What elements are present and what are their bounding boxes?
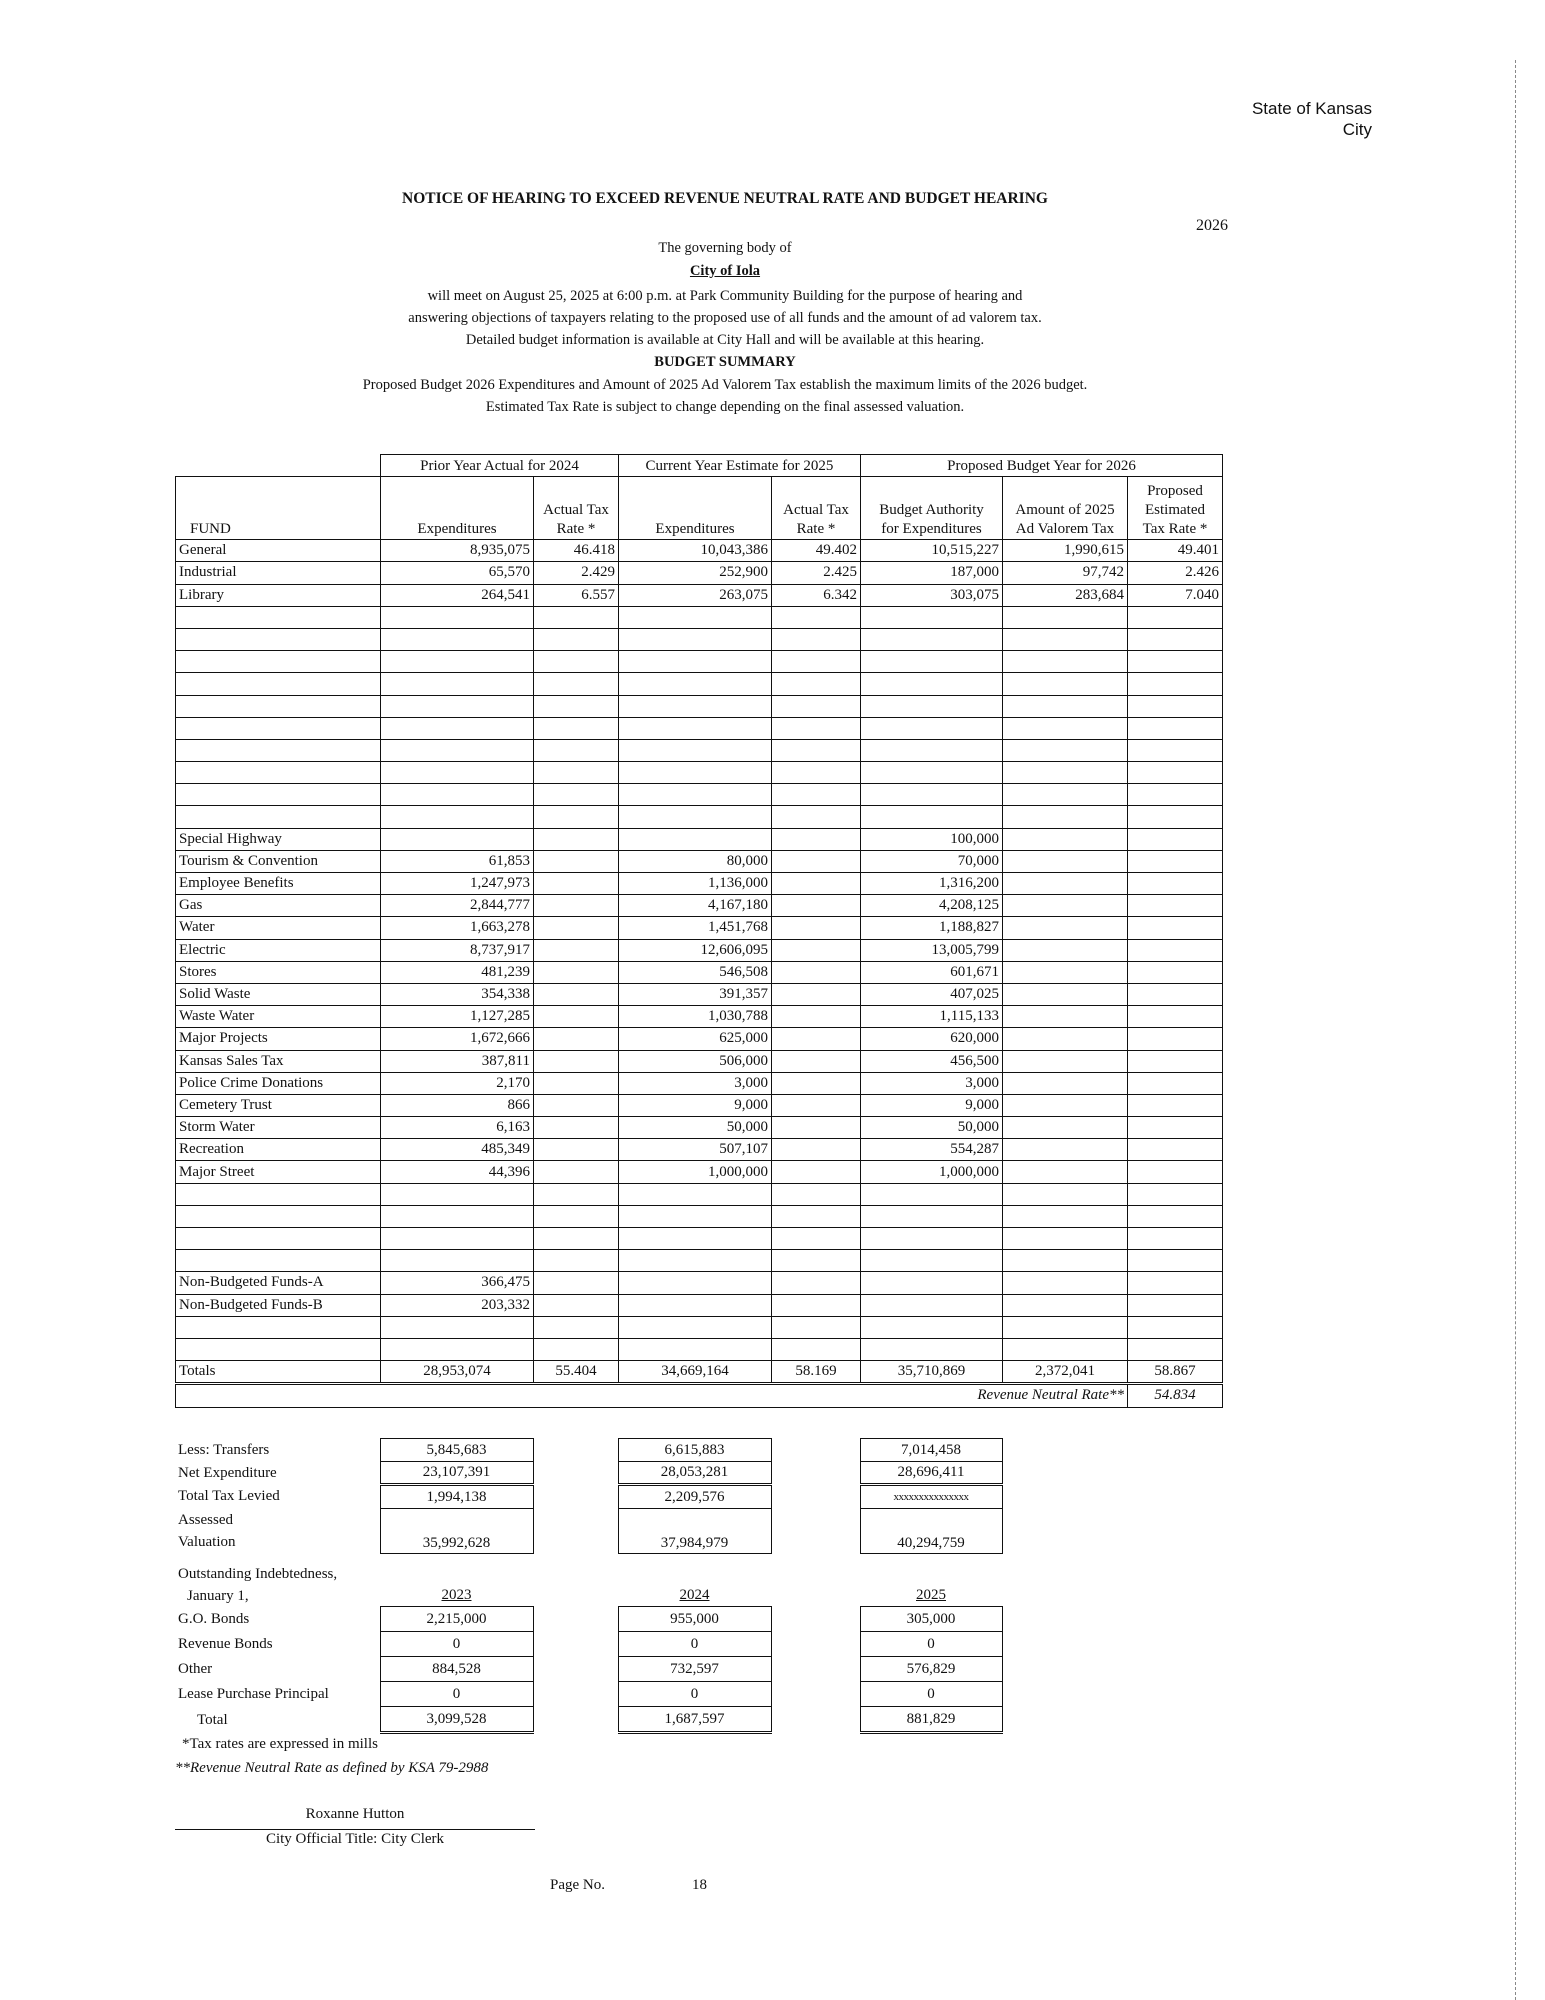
cell-prior-exp (381, 673, 534, 695)
cell-current-exp (619, 828, 772, 850)
cell-fund (176, 806, 381, 828)
cell-prior-exp (381, 717, 534, 739)
total-prior-rate: 55.404 (534, 1361, 619, 1384)
cell-budget-auth: 554,287 (861, 1139, 1003, 1161)
cell-prior-rate (534, 850, 619, 872)
cell-current-exp (619, 1228, 772, 1250)
cell-prior-rate (534, 1028, 619, 1050)
cell-prior-exp (381, 1338, 534, 1360)
cell-current-rate (772, 1094, 861, 1116)
cell-prop-rate: 2.426 (1128, 562, 1223, 584)
cell-budget-auth: 3,000 (861, 1072, 1003, 1094)
cell-current-rate (772, 1028, 861, 1050)
footnote-tax-rates: *Tax rates are expressed in mills (182, 1736, 378, 1753)
cell-current-rate (772, 784, 861, 806)
cell-prop-rate (1128, 739, 1223, 761)
cell-prop-rate (1128, 895, 1223, 917)
table-row (176, 1250, 1223, 1272)
cell-prior-exp: 481,239 (381, 961, 534, 983)
indebtedness-value: 884,528 (380, 1657, 533, 1682)
indebtedness-value: 0 (380, 1682, 533, 1707)
group-header-current: Current Year Estimate for 2025 (619, 455, 861, 477)
table-row (176, 1338, 1223, 1360)
cell-budget-auth: 1,316,200 (861, 873, 1003, 895)
cell-fund (176, 784, 381, 806)
cell-fund (176, 1228, 381, 1250)
cell-prior-exp (381, 784, 534, 806)
cell-current-rate (772, 1205, 861, 1227)
cell-budget-auth: 4,208,125 (861, 895, 1003, 917)
cell-budget-auth (861, 806, 1003, 828)
cell-ad-valorem (1003, 873, 1128, 895)
table-row (176, 762, 1223, 784)
table-row (176, 628, 1223, 650)
cell-prior-rate (534, 673, 619, 695)
cell-fund: Waste Water (176, 1006, 381, 1028)
cell-ad-valorem (1003, 895, 1128, 917)
cell-current-exp: 1,000,000 (619, 1161, 772, 1183)
cell-prior-exp (381, 1183, 534, 1205)
cell-fund (176, 673, 381, 695)
indebtedness-value: 0 (618, 1632, 771, 1657)
cell-current-rate (772, 917, 861, 939)
cell-fund (176, 695, 381, 717)
footnote-revenue-neutral: **Revenue Neutral Rate as defined by KSA… (175, 1760, 488, 1777)
table-row (176, 1228, 1223, 1250)
cell-prior-rate: 2.429 (534, 562, 619, 584)
cell-prop-rate (1128, 1250, 1223, 1272)
cell-budget-auth (861, 673, 1003, 695)
cell-prop-rate (1128, 651, 1223, 673)
indebtedness-row-label: Total (175, 1707, 380, 1733)
cell-current-exp (619, 695, 772, 717)
cell-ad-valorem (1003, 1028, 1128, 1050)
indebtedness-row: G.O. Bonds2,215,000955,000305,000 (175, 1607, 1002, 1632)
cell-prior-exp (381, 1205, 534, 1227)
cell-current-rate (772, 983, 861, 1005)
meeting-line-3: Detailed budget information is available… (175, 332, 1275, 349)
entity-type-label: City (1252, 119, 1372, 140)
col-header-current-exp: Expenditures (619, 477, 772, 540)
cell-prior-rate (534, 983, 619, 1005)
table-row (176, 717, 1223, 739)
cell-budget-auth: 187,000 (861, 562, 1003, 584)
cell-prior-exp: 1,127,285 (381, 1006, 534, 1028)
cell-prop-rate (1128, 939, 1223, 961)
cell-budget-auth: 9,000 (861, 1094, 1003, 1116)
cell-ad-valorem (1003, 1272, 1128, 1294)
cell-fund (176, 1205, 381, 1227)
cell-budget-auth: 620,000 (861, 1028, 1003, 1050)
col-header-prior-rate: Actual TaxRate * (534, 477, 619, 540)
cell-prior-rate (534, 1050, 619, 1072)
indebtedness-row: Revenue Bonds000 (175, 1632, 1002, 1657)
cell-prior-exp: 61,853 (381, 850, 534, 872)
cell-prop-rate (1128, 606, 1223, 628)
cell-fund (176, 717, 381, 739)
cell-fund: Tourism & Convention (176, 850, 381, 872)
cell-prior-exp (381, 695, 534, 717)
cell-current-rate (772, 1072, 861, 1094)
cell-budget-auth (861, 1316, 1003, 1338)
expenditure-summary-table: Less: Transfers 5,845,683 6,615,883 7,01… (175, 1438, 1003, 1554)
cell-ad-valorem (1003, 1117, 1128, 1139)
table-row (176, 806, 1223, 828)
cell-prop-rate (1128, 917, 1223, 939)
cell-budget-auth (861, 628, 1003, 650)
cell-fund: Library (176, 584, 381, 606)
cell-current-exp (619, 717, 772, 739)
indebtedness-label: Outstanding Indebtedness, (175, 1563, 380, 1585)
cell-fund: Industrial (176, 562, 381, 584)
cell-budget-auth (861, 1205, 1003, 1227)
signatory-name: Roxanne Hutton (175, 1806, 535, 1823)
cell-ad-valorem: 97,742 (1003, 562, 1128, 584)
cell-prior-rate (534, 828, 619, 850)
total-ad-valorem: 2,372,041 (1003, 1361, 1128, 1384)
cell-current-exp (619, 806, 772, 828)
indebtedness-row-label: Other (175, 1657, 380, 1682)
cell-prop-rate: 49.401 (1128, 540, 1223, 562)
cell-ad-valorem (1003, 850, 1128, 872)
table-row: Water1,663,2781,451,7681,188,827 (176, 917, 1223, 939)
cell-current-exp (619, 606, 772, 628)
cell-ad-valorem (1003, 983, 1128, 1005)
cell-prior-rate (534, 1228, 619, 1250)
cell-current-exp: 1,030,788 (619, 1006, 772, 1028)
cell-prop-rate (1128, 628, 1223, 650)
cell-prop-rate (1128, 961, 1223, 983)
cell-current-exp: 10,043,386 (619, 540, 772, 562)
cell-budget-auth: 1,188,827 (861, 917, 1003, 939)
cell-prior-rate (534, 606, 619, 628)
cell-fund: Stores (176, 961, 381, 983)
cell-prop-rate (1128, 1072, 1223, 1094)
cell-current-exp: 1,451,768 (619, 917, 772, 939)
cell-prop-rate (1128, 1294, 1223, 1316)
cell-prior-rate (534, 1006, 619, 1028)
cell-prop-rate (1128, 1117, 1223, 1139)
indebtedness-value: 881,829 (860, 1707, 1002, 1733)
cell-prior-rate (534, 1161, 619, 1183)
cell-prior-exp: 2,844,777 (381, 895, 534, 917)
cell-ad-valorem (1003, 606, 1128, 628)
cell-ad-valorem (1003, 1338, 1128, 1360)
cell-ad-valorem (1003, 673, 1128, 695)
cell-prior-exp (381, 606, 534, 628)
table-row: Kansas Sales Tax387,811506,000456,500 (176, 1050, 1223, 1072)
cell-budget-auth (861, 739, 1003, 761)
table-row: Solid Waste354,338391,357407,025 (176, 983, 1223, 1005)
cell-current-exp (619, 1183, 772, 1205)
less-transfers-row: Less: Transfers 5,845,683 6,615,883 7,01… (175, 1439, 1002, 1462)
cell-budget-auth (861, 717, 1003, 739)
indebtedness-value: 3,099,528 (380, 1707, 533, 1733)
cell-budget-auth (861, 762, 1003, 784)
cell-prior-exp (381, 651, 534, 673)
cell-current-rate: 6.342 (772, 584, 861, 606)
indebtedness-value: 1,687,597 (618, 1707, 771, 1733)
cell-current-rate (772, 739, 861, 761)
cell-current-exp: 4,167,180 (619, 895, 772, 917)
indebtedness-row-label: G.O. Bonds (175, 1607, 380, 1632)
indebtedness-value: 2,215,000 (380, 1607, 533, 1632)
cell-ad-valorem (1003, 1183, 1128, 1205)
cell-prior-exp: 2,170 (381, 1072, 534, 1094)
total-current-exp: 34,669,164 (619, 1361, 772, 1384)
cell-budget-auth (861, 784, 1003, 806)
table-row (176, 1205, 1223, 1227)
cell-current-exp: 1,136,000 (619, 873, 772, 895)
cell-current-rate (772, 1272, 861, 1294)
cell-budget-auth: 303,075 (861, 584, 1003, 606)
cell-current-rate (772, 873, 861, 895)
notice-title: NOTICE OF HEARING TO EXCEED REVENUE NEUT… (250, 190, 1200, 208)
cell-current-exp: 9,000 (619, 1094, 772, 1116)
cell-prop-rate (1128, 1316, 1223, 1338)
cell-current-rate (772, 673, 861, 695)
cell-ad-valorem (1003, 762, 1128, 784)
budget-year: 2026 (1196, 217, 1228, 235)
cell-prior-exp: 8,737,917 (381, 939, 534, 961)
january-label: January 1, (175, 1585, 380, 1607)
cell-prop-rate (1128, 1161, 1223, 1183)
table-row (176, 695, 1223, 717)
revenue-neutral-row: Revenue Neutral Rate**54.834 (176, 1384, 1223, 1407)
cell-current-rate (772, 1161, 861, 1183)
cell-current-exp (619, 673, 772, 695)
table-row: Tourism & Convention61,85380,00070,000 (176, 850, 1223, 872)
cell-current-exp: 12,606,095 (619, 939, 772, 961)
table-row: Recreation485,349507,107554,287 (176, 1139, 1223, 1161)
cell-prior-exp: 366,475 (381, 1272, 534, 1294)
cell-prior-exp: 264,541 (381, 584, 534, 606)
cell-fund: General (176, 540, 381, 562)
cell-prior-rate (534, 695, 619, 717)
cell-current-rate (772, 762, 861, 784)
cell-ad-valorem (1003, 1294, 1128, 1316)
meeting-line-2: answering objections of taxpayers relati… (175, 310, 1275, 327)
table-row (176, 673, 1223, 695)
cell-fund: Employee Benefits (176, 873, 381, 895)
total-tax-levied-row: Total Tax Levied 1,994,138 2,209,576 xxx… (175, 1485, 1002, 1509)
indebtedness-year: 2024 (618, 1585, 771, 1607)
cell-prior-rate (534, 806, 619, 828)
indebtedness-year: 2025 (860, 1585, 1002, 1607)
cell-current-rate (772, 806, 861, 828)
cell-ad-valorem (1003, 739, 1128, 761)
cell-ad-valorem (1003, 1072, 1128, 1094)
cell-ad-valorem (1003, 1139, 1128, 1161)
cell-prop-rate (1128, 762, 1223, 784)
table-row: Gas2,844,7774,167,1804,208,125 (176, 895, 1223, 917)
governing-body-intro: The governing body of (175, 240, 1275, 257)
cell-current-rate (772, 1250, 861, 1272)
cell-fund: Non-Budgeted Funds-B (176, 1294, 381, 1316)
group-header-proposed: Proposed Budget Year for 2026 (861, 455, 1223, 477)
cell-ad-valorem (1003, 828, 1128, 850)
cell-prior-rate (534, 1250, 619, 1272)
cell-fund: Water (176, 917, 381, 939)
cell-current-exp: 50,000 (619, 1117, 772, 1139)
cell-prior-rate (534, 917, 619, 939)
indebtedness-row-label: Revenue Bonds (175, 1632, 380, 1657)
cell-current-exp (619, 1205, 772, 1227)
cell-prior-rate (534, 1117, 619, 1139)
cell-current-rate: 49.402 (772, 540, 861, 562)
cell-prop-rate (1128, 1050, 1223, 1072)
cell-current-rate (772, 628, 861, 650)
revenue-neutral-label: Revenue Neutral Rate** (176, 1384, 1128, 1407)
cell-prior-rate (534, 961, 619, 983)
cell-budget-auth (861, 1272, 1003, 1294)
cell-prior-exp: 1,247,973 (381, 873, 534, 895)
col-header-current-rate: Actual TaxRate * (772, 477, 861, 540)
cell-current-exp: 546,508 (619, 961, 772, 983)
indebtedness-value: 732,597 (618, 1657, 771, 1682)
cell-prop-rate: 7.040 (1128, 584, 1223, 606)
table-row: Stores481,239546,508601,671 (176, 961, 1223, 983)
cell-prior-exp: 65,570 (381, 562, 534, 584)
cell-prior-rate (534, 1272, 619, 1294)
table-row (176, 651, 1223, 673)
meeting-line-1: will meet on August 25, 2025 at 6:00 p.m… (175, 288, 1275, 305)
cell-fund: Police Crime Donations (176, 1072, 381, 1094)
cell-prop-rate (1128, 1006, 1223, 1028)
cell-fund: Kansas Sales Tax (176, 1050, 381, 1072)
cell-budget-auth: 1,000,000 (861, 1161, 1003, 1183)
table-row: Storm Water6,16350,00050,000 (176, 1117, 1223, 1139)
cell-budget-auth (861, 1228, 1003, 1250)
cell-prop-rate (1128, 1094, 1223, 1116)
total-current-rate: 58.169 (772, 1361, 861, 1384)
indebtedness-value: 0 (860, 1632, 1002, 1657)
cell-budget-auth (861, 695, 1003, 717)
cell-prior-rate (534, 1139, 619, 1161)
cell-ad-valorem (1003, 1205, 1128, 1227)
indebtedness-year: 2023 (380, 1585, 533, 1607)
cell-ad-valorem (1003, 1050, 1128, 1072)
table-row: Major Projects1,672,666625,000620,000 (176, 1028, 1223, 1050)
col-header-prior-exp: Expenditures (381, 477, 534, 540)
cell-prior-exp (381, 762, 534, 784)
cell-current-rate (772, 1338, 861, 1360)
total-budget-auth: 35,710,869 (861, 1361, 1003, 1384)
cell-fund (176, 1338, 381, 1360)
page-edge-divider (1515, 60, 1516, 2000)
cell-current-exp: 507,107 (619, 1139, 772, 1161)
cell-ad-valorem (1003, 1094, 1128, 1116)
cell-prior-exp: 1,672,666 (381, 1028, 534, 1050)
cell-current-rate (772, 828, 861, 850)
cell-prop-rate (1128, 1228, 1223, 1250)
cell-budget-auth: 407,025 (861, 983, 1003, 1005)
indebtedness-value: 955,000 (618, 1607, 771, 1632)
indebtedness-row: Lease Purchase Principal000 (175, 1682, 1002, 1707)
cell-ad-valorem (1003, 717, 1128, 739)
cell-current-rate (772, 1316, 861, 1338)
cell-fund (176, 628, 381, 650)
total-prior-exp: 28,953,074 (381, 1361, 534, 1384)
cell-prop-rate (1128, 873, 1223, 895)
table-row: Electric8,737,91712,606,09513,005,799 (176, 939, 1223, 961)
cell-fund: Major Projects (176, 1028, 381, 1050)
cell-ad-valorem (1003, 628, 1128, 650)
cell-budget-auth: 456,500 (861, 1050, 1003, 1072)
cell-ad-valorem (1003, 1250, 1128, 1272)
cell-fund: Electric (176, 939, 381, 961)
cell-prior-rate (534, 873, 619, 895)
cell-budget-auth: 70,000 (861, 850, 1003, 872)
cell-prior-exp (381, 1250, 534, 1272)
cell-budget-auth: 50,000 (861, 1117, 1003, 1139)
cell-prior-exp (381, 628, 534, 650)
cell-prior-exp (381, 1228, 534, 1250)
cell-prior-rate (534, 739, 619, 761)
cell-prior-rate (534, 1205, 619, 1227)
cell-fund: Storm Water (176, 1117, 381, 1139)
cell-ad-valorem (1003, 1161, 1128, 1183)
cell-prior-exp (381, 806, 534, 828)
cell-prior-rate: 46.418 (534, 540, 619, 562)
cell-prior-rate (534, 1183, 619, 1205)
cell-prior-exp: 44,396 (381, 1161, 534, 1183)
cell-ad-valorem (1003, 961, 1128, 983)
revenue-neutral-value: 54.834 (1128, 1384, 1223, 1407)
cell-current-exp: 3,000 (619, 1072, 772, 1094)
assessed-valuation-row: AssessedValuation 35,992,628 37,984,979 … (175, 1508, 1002, 1553)
cell-budget-auth: 100,000 (861, 828, 1003, 850)
cell-current-rate (772, 895, 861, 917)
budget-summary-table: Prior Year Actual for 2024 Current Year … (175, 454, 1223, 1408)
col-header-fund: FUND (176, 477, 381, 540)
totals-row: Totals28,953,07455.40434,669,16458.16935… (176, 1361, 1223, 1384)
indebtedness-table: Outstanding Indebtedness, January 1, 202… (175, 1563, 1003, 1734)
cell-fund (176, 606, 381, 628)
col-header-ad-valorem: Amount of 2025Ad Valorem Tax (1003, 477, 1128, 540)
cell-current-rate (772, 1228, 861, 1250)
cell-current-rate: 2.425 (772, 562, 861, 584)
signatory-title: City Official Title: City Clerk (175, 1831, 535, 1848)
cell-prior-rate (534, 651, 619, 673)
cell-ad-valorem: 1,990,615 (1003, 540, 1128, 562)
cell-current-exp (619, 1272, 772, 1294)
indebtedness-row: Other884,528732,597576,829 (175, 1657, 1002, 1682)
cell-fund: Gas (176, 895, 381, 917)
summary-line-2: Estimated Tax Rate is subject to change … (175, 399, 1275, 416)
cell-ad-valorem (1003, 1228, 1128, 1250)
cell-current-exp (619, 651, 772, 673)
table-row (176, 739, 1223, 761)
cell-current-rate (772, 651, 861, 673)
group-header-prior: Prior Year Actual for 2024 (381, 455, 619, 477)
indebtedness-row-label: Lease Purchase Principal (175, 1682, 380, 1707)
table-row: General8,935,07546.41810,043,38649.40210… (176, 540, 1223, 562)
cell-prop-rate (1128, 850, 1223, 872)
indebtedness-value: 0 (860, 1682, 1002, 1707)
cell-current-rate (772, 606, 861, 628)
cell-current-rate (772, 961, 861, 983)
cell-prior-exp: 485,349 (381, 1139, 534, 1161)
table-row: Library264,5416.557263,0756.342303,07528… (176, 584, 1223, 606)
cell-prop-rate (1128, 983, 1223, 1005)
cell-current-exp: 80,000 (619, 850, 772, 872)
net-expenditure-row: Net Expenditure 23,107,391 28,053,281 28… (175, 1461, 1002, 1485)
summary-line-1: Proposed Budget 2026 Expenditures and Am… (175, 377, 1275, 394)
cell-prop-rate (1128, 806, 1223, 828)
cell-current-rate (772, 850, 861, 872)
cell-prior-exp (381, 739, 534, 761)
